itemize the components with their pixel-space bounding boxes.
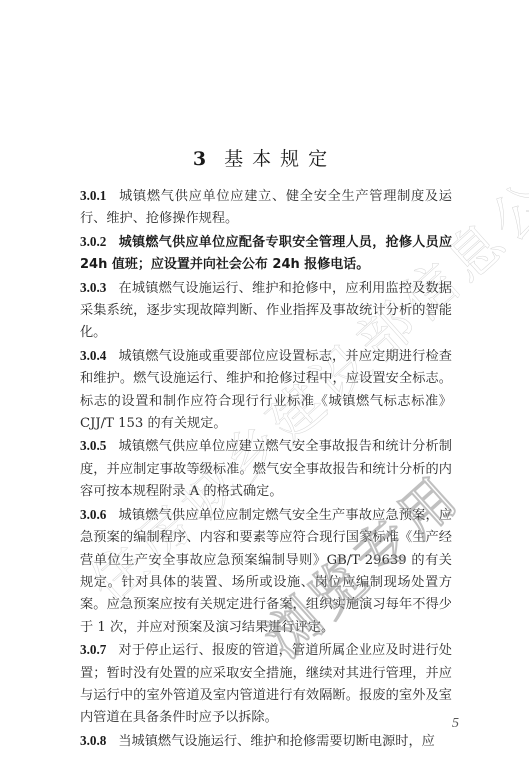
page-number: 5 xyxy=(452,716,459,732)
clause-text: 城镇燃气供应单位应建立燃气安全事故报告和统计分析制度，并应制定事故等级标准。燃气… xyxy=(80,439,452,499)
document-page: 3基本规定 3.0.1城镇燃气供应单位应建立、健全安全生产管理制度及运行、维护、… xyxy=(0,0,529,766)
clause-text: 当城镇燃气设施运行、维护和抢修需要切断电源时，应 xyxy=(118,734,435,749)
clause-number: 3.0.5 xyxy=(80,438,106,453)
clause-number: 3.0.1 xyxy=(80,188,106,203)
chapter-number: 3 xyxy=(193,148,206,170)
clause-3-0-6: 3.0.6城镇燃气供应单位应制定燃气安全生产事故应急预案，应急预案的编制程序、内… xyxy=(80,504,452,639)
clause-text: 城镇燃气设施或重要部位应设置标志，并应定期进行检查和维护。燃气设施运行、维护和抢… xyxy=(80,349,452,431)
chapter-title-text: 基本规定 xyxy=(224,148,336,170)
chapter-title: 3基本规定 xyxy=(0,144,529,171)
clause-text: 对于停止运行、报废的管道，管道所属企业应及时进行处置；暂时没有处置的应采取安全措… xyxy=(80,643,452,725)
clause-number: 3.0.7 xyxy=(80,642,106,657)
clause-number: 3.0.8 xyxy=(80,733,106,748)
clause-3-0-7: 3.0.7对于停止运行、报废的管道，管道所属企业应及时进行处置；暂时没有处置的应… xyxy=(80,639,452,730)
clause-3-0-1: 3.0.1城镇燃气供应单位应建立、健全安全生产管理制度及运行、维护、抢修操作规程… xyxy=(80,185,452,231)
clause-number: 3.0.4 xyxy=(80,348,106,363)
clauses-body: 3.0.1城镇燃气供应单位应建立、健全安全生产管理制度及运行、维护、抢修操作规程… xyxy=(80,185,452,753)
clause-text: 城镇燃气供应单位应建立、健全安全生产管理制度及运行、维护、抢修操作规程。 xyxy=(80,189,452,226)
clause-number: 3.0.6 xyxy=(80,507,106,522)
clause-number: 3.0.3 xyxy=(80,280,106,295)
clause-3-0-5: 3.0.5城镇燃气供应单位应建立燃气安全事故报告和统计分析制度，并应制定事故等级… xyxy=(80,435,452,503)
clause-text: 城镇燃气供应单位应配备专职安全管理人员，抢修人员应 24h 值班；应设置并向社会… xyxy=(80,235,452,272)
clause-text: 城镇燃气供应单位应制定燃气安全生产事故应急预案，应急预案的编制程序、内容和要素等… xyxy=(80,508,452,635)
clause-3-0-4: 3.0.4城镇燃气设施或重要部位应设置标志，并应定期进行检查和维护。燃气设施运行… xyxy=(80,345,452,436)
clause-number: 3.0.2 xyxy=(80,234,106,249)
clause-3-0-3: 3.0.3在城镇燃气设施运行、维护和抢修中，应利用监控及数据采集系统，逐步实现故… xyxy=(80,277,452,345)
clause-text: 在城镇燃气设施运行、维护和抢修中，应利用监控及数据采集系统，逐步实现故障判断、作… xyxy=(80,281,452,341)
clause-3-0-2: 3.0.2城镇燃气供应单位应配备专职安全管理人员，抢修人员应 24h 值班；应设… xyxy=(80,231,452,277)
clause-3-0-8: 3.0.8当城镇燃气设施运行、维护和抢修需要切断电源时，应 xyxy=(80,730,452,753)
